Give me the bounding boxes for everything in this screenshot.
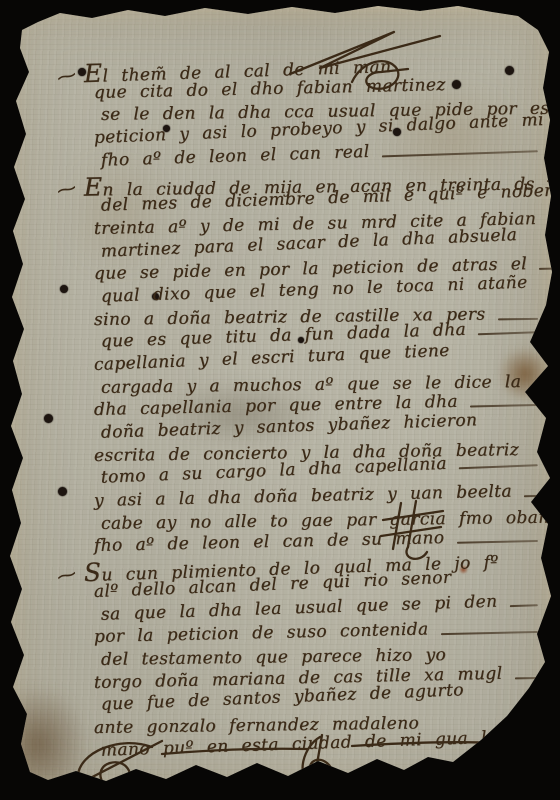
crosshatch-signature-rubric-icon xyxy=(381,501,443,559)
photo-background: ~ El them̃ de al cal de mi man ~ que cit… xyxy=(0,0,560,800)
line-filler-stroke xyxy=(533,386,555,388)
flourishes-layer xyxy=(0,0,560,800)
notarial-paraph-flourish-icon xyxy=(290,32,440,89)
bottom-left-paraph-icon xyxy=(73,741,308,796)
line-filler-stroke xyxy=(509,740,537,743)
line-filler-stroke xyxy=(547,181,560,183)
bottom-center-paraph-icon xyxy=(303,735,511,793)
manuscript-page: ~ El them̃ de al cal de mi man ~ que cit… xyxy=(0,0,560,800)
line-filler-stroke xyxy=(548,222,560,224)
